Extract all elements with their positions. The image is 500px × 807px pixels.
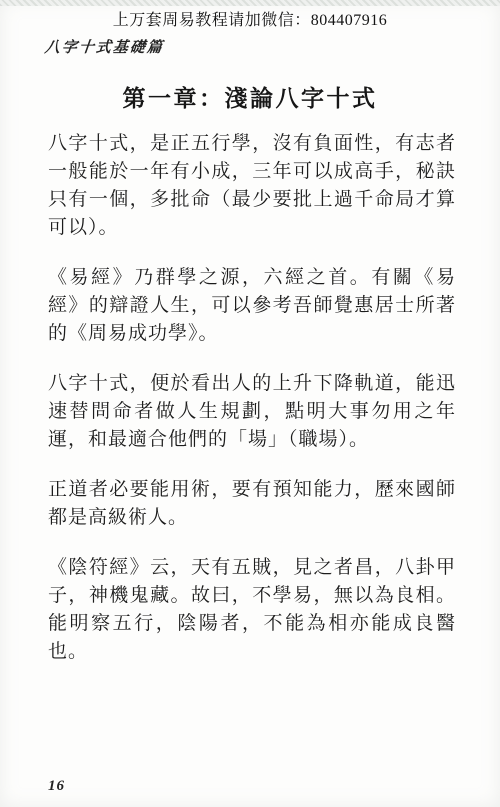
paragraph-5: 《陰符經》云，天有五賊，見之者昌，八卦甲子，神機鬼藏。故曰，不學易，無以為良相。…: [48, 554, 456, 666]
page-body: 八字十式，是正五行學，沒有負面性，有志者一般能於一年有小成，三年可以成高手，秘訣…: [48, 130, 456, 688]
page-number: 16: [48, 778, 65, 795]
paragraph-1: 八字十式，是正五行學，沒有負面性，有志者一般能於一年有小成，三年可以成高手，秘訣…: [48, 130, 456, 242]
paragraph-4: 正道者必要能用術，要有預知能力，歷來國師都是高級術人。: [48, 476, 456, 532]
paragraph-2: 《易經》乃群學之源，六經之首。有關《易經》的辯證人生，可以參考吾師覺惠居士所著的…: [48, 264, 456, 348]
paragraph-3: 八字十式，便於看出人的上升下降軌道，能迅速替問命者做人生規劃，點明大事勿用之年運…: [48, 370, 456, 454]
chapter-title: 第一章：淺論八字十式: [0, 80, 500, 113]
scanned-book-page: 上万套周易教程请加微信：804407916 八字十式基礎篇 第一章：淺論八字十式…: [0, 0, 500, 807]
scan-edge-artifact: [0, 0, 500, 6]
running-header: 八字十式基礎篇: [44, 36, 165, 57]
watermark-header: 上万套周易教程请加微信：804407916: [0, 7, 500, 30]
